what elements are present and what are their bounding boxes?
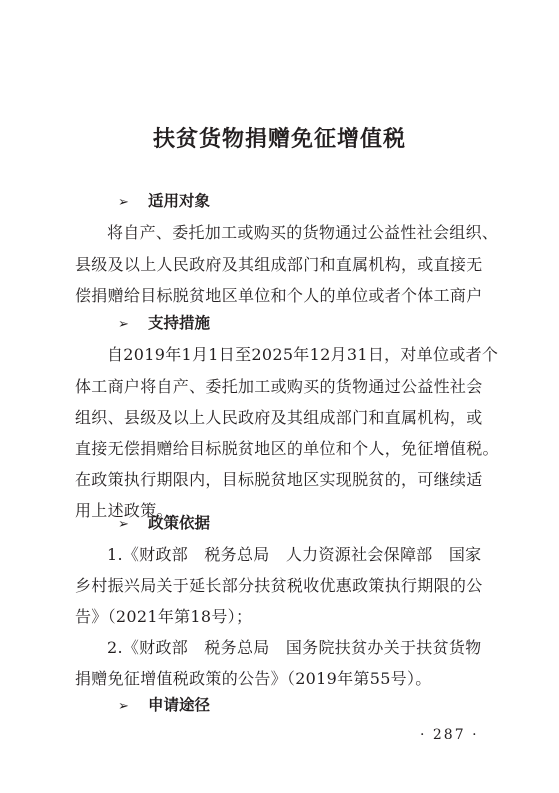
paragraph-line: 自2019年1月1日至2025年12月31日，对单位或者个 xyxy=(107,343,485,367)
heading-text: 政策依据 xyxy=(148,514,210,532)
heading-text: 申请途径 xyxy=(148,696,210,714)
heading-text: 支持措施 xyxy=(148,314,210,332)
section-heading-application-channel: ➢申请途径 xyxy=(118,694,210,716)
arrow-bullet-icon: ➢ xyxy=(118,314,148,336)
paragraph-line: 2.《财政部 税务总局 国务院扶贫办关于扶贫货物 xyxy=(107,636,485,660)
arrow-bullet-icon: ➢ xyxy=(118,696,148,718)
paragraph-line: 告》（2021年第18号）； xyxy=(75,605,485,629)
section-heading-applicable-objects: ➢适用对象 xyxy=(118,190,210,212)
paragraph-line: 1.《财政部 税务总局 人力资源社会保障部 国家 xyxy=(107,543,485,567)
paragraph-line: 在政策执行期限内，目标脱贫地区实现脱贫的，可继续适 xyxy=(75,468,485,492)
paragraph-line: 捐赠免征增值税政策的公告》（2019年第55号）。 xyxy=(75,667,485,691)
paragraph-line: 体工商户将自产、委托加工或购买的货物通过公益性社会 xyxy=(75,375,485,399)
page-title: 扶贫货物捐赠免征增值税 xyxy=(0,122,559,153)
paragraph-line: 县级及以上人民政府及其组成部门和直属机构，或直接无 xyxy=(75,253,485,277)
paragraph-line: 乡村振兴局关于延长部分扶贫税收优惠政策执行期限的公 xyxy=(75,574,485,598)
paragraph-line: 偿捐赠给目标脱贫地区单位和个人的单位或者个体工商户 xyxy=(75,284,485,308)
arrow-bullet-icon: ➢ xyxy=(118,192,148,214)
paragraph-line: 直接无偿捐赠给目标脱贫地区的单位和个人，免征增值税。 xyxy=(75,437,485,461)
page-number: · 287 · xyxy=(420,727,479,743)
heading-text: 适用对象 xyxy=(148,192,210,210)
section-heading-support-measures: ➢支持措施 xyxy=(118,312,210,334)
section-heading-policy-basis: ➢政策依据 xyxy=(118,512,210,534)
paragraph-line: 组织、县级及以上人民政府及其组成部门和直属机构，或 xyxy=(75,406,485,430)
arrow-bullet-icon: ➢ xyxy=(118,514,148,536)
paragraph-line: 将自产、委托加工或购买的货物通过公益性社会组织、 xyxy=(107,221,485,245)
